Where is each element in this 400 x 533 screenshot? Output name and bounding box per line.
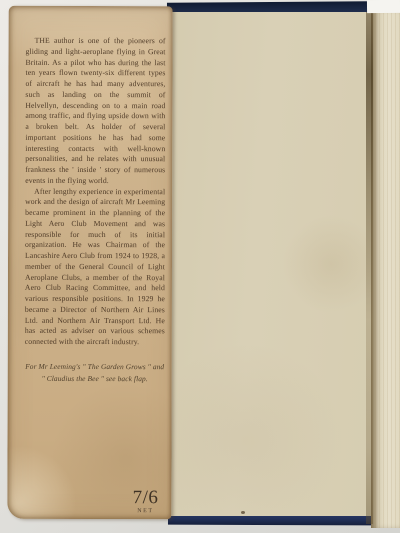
background-notch (367, 0, 400, 13)
page-edges (371, 10, 400, 528)
price-block: 7/6 NET (133, 489, 159, 514)
footnote-line-2: " Claudius the Bee " see back flap. (20, 373, 170, 385)
author-bio-paragraph-1: THE author is one of the pioneers of gli… (25, 36, 165, 187)
gutter-crease (366, 12, 373, 524)
book-photo-scene: THE author is one of the pioneers of gli… (0, 0, 400, 533)
endpaper (160, 12, 374, 516)
dust-jacket-flap: THE author is one of the pioneers of gli… (7, 6, 172, 519)
price: 7/6 (133, 489, 159, 507)
price-qualifier: NET (133, 508, 159, 514)
paper-speck (241, 511, 245, 514)
footnote-line-1: For Mr Leeming's " The Garden Grows " an… (20, 361, 170, 373)
author-bio-paragraph-2: After lengthy experience in experimental… (25, 186, 165, 348)
flap-text-block: THE author is one of the pioneers of gli… (25, 36, 166, 385)
flap-footnote: For Mr Leeming's " The Garden Grows " an… (20, 361, 170, 385)
